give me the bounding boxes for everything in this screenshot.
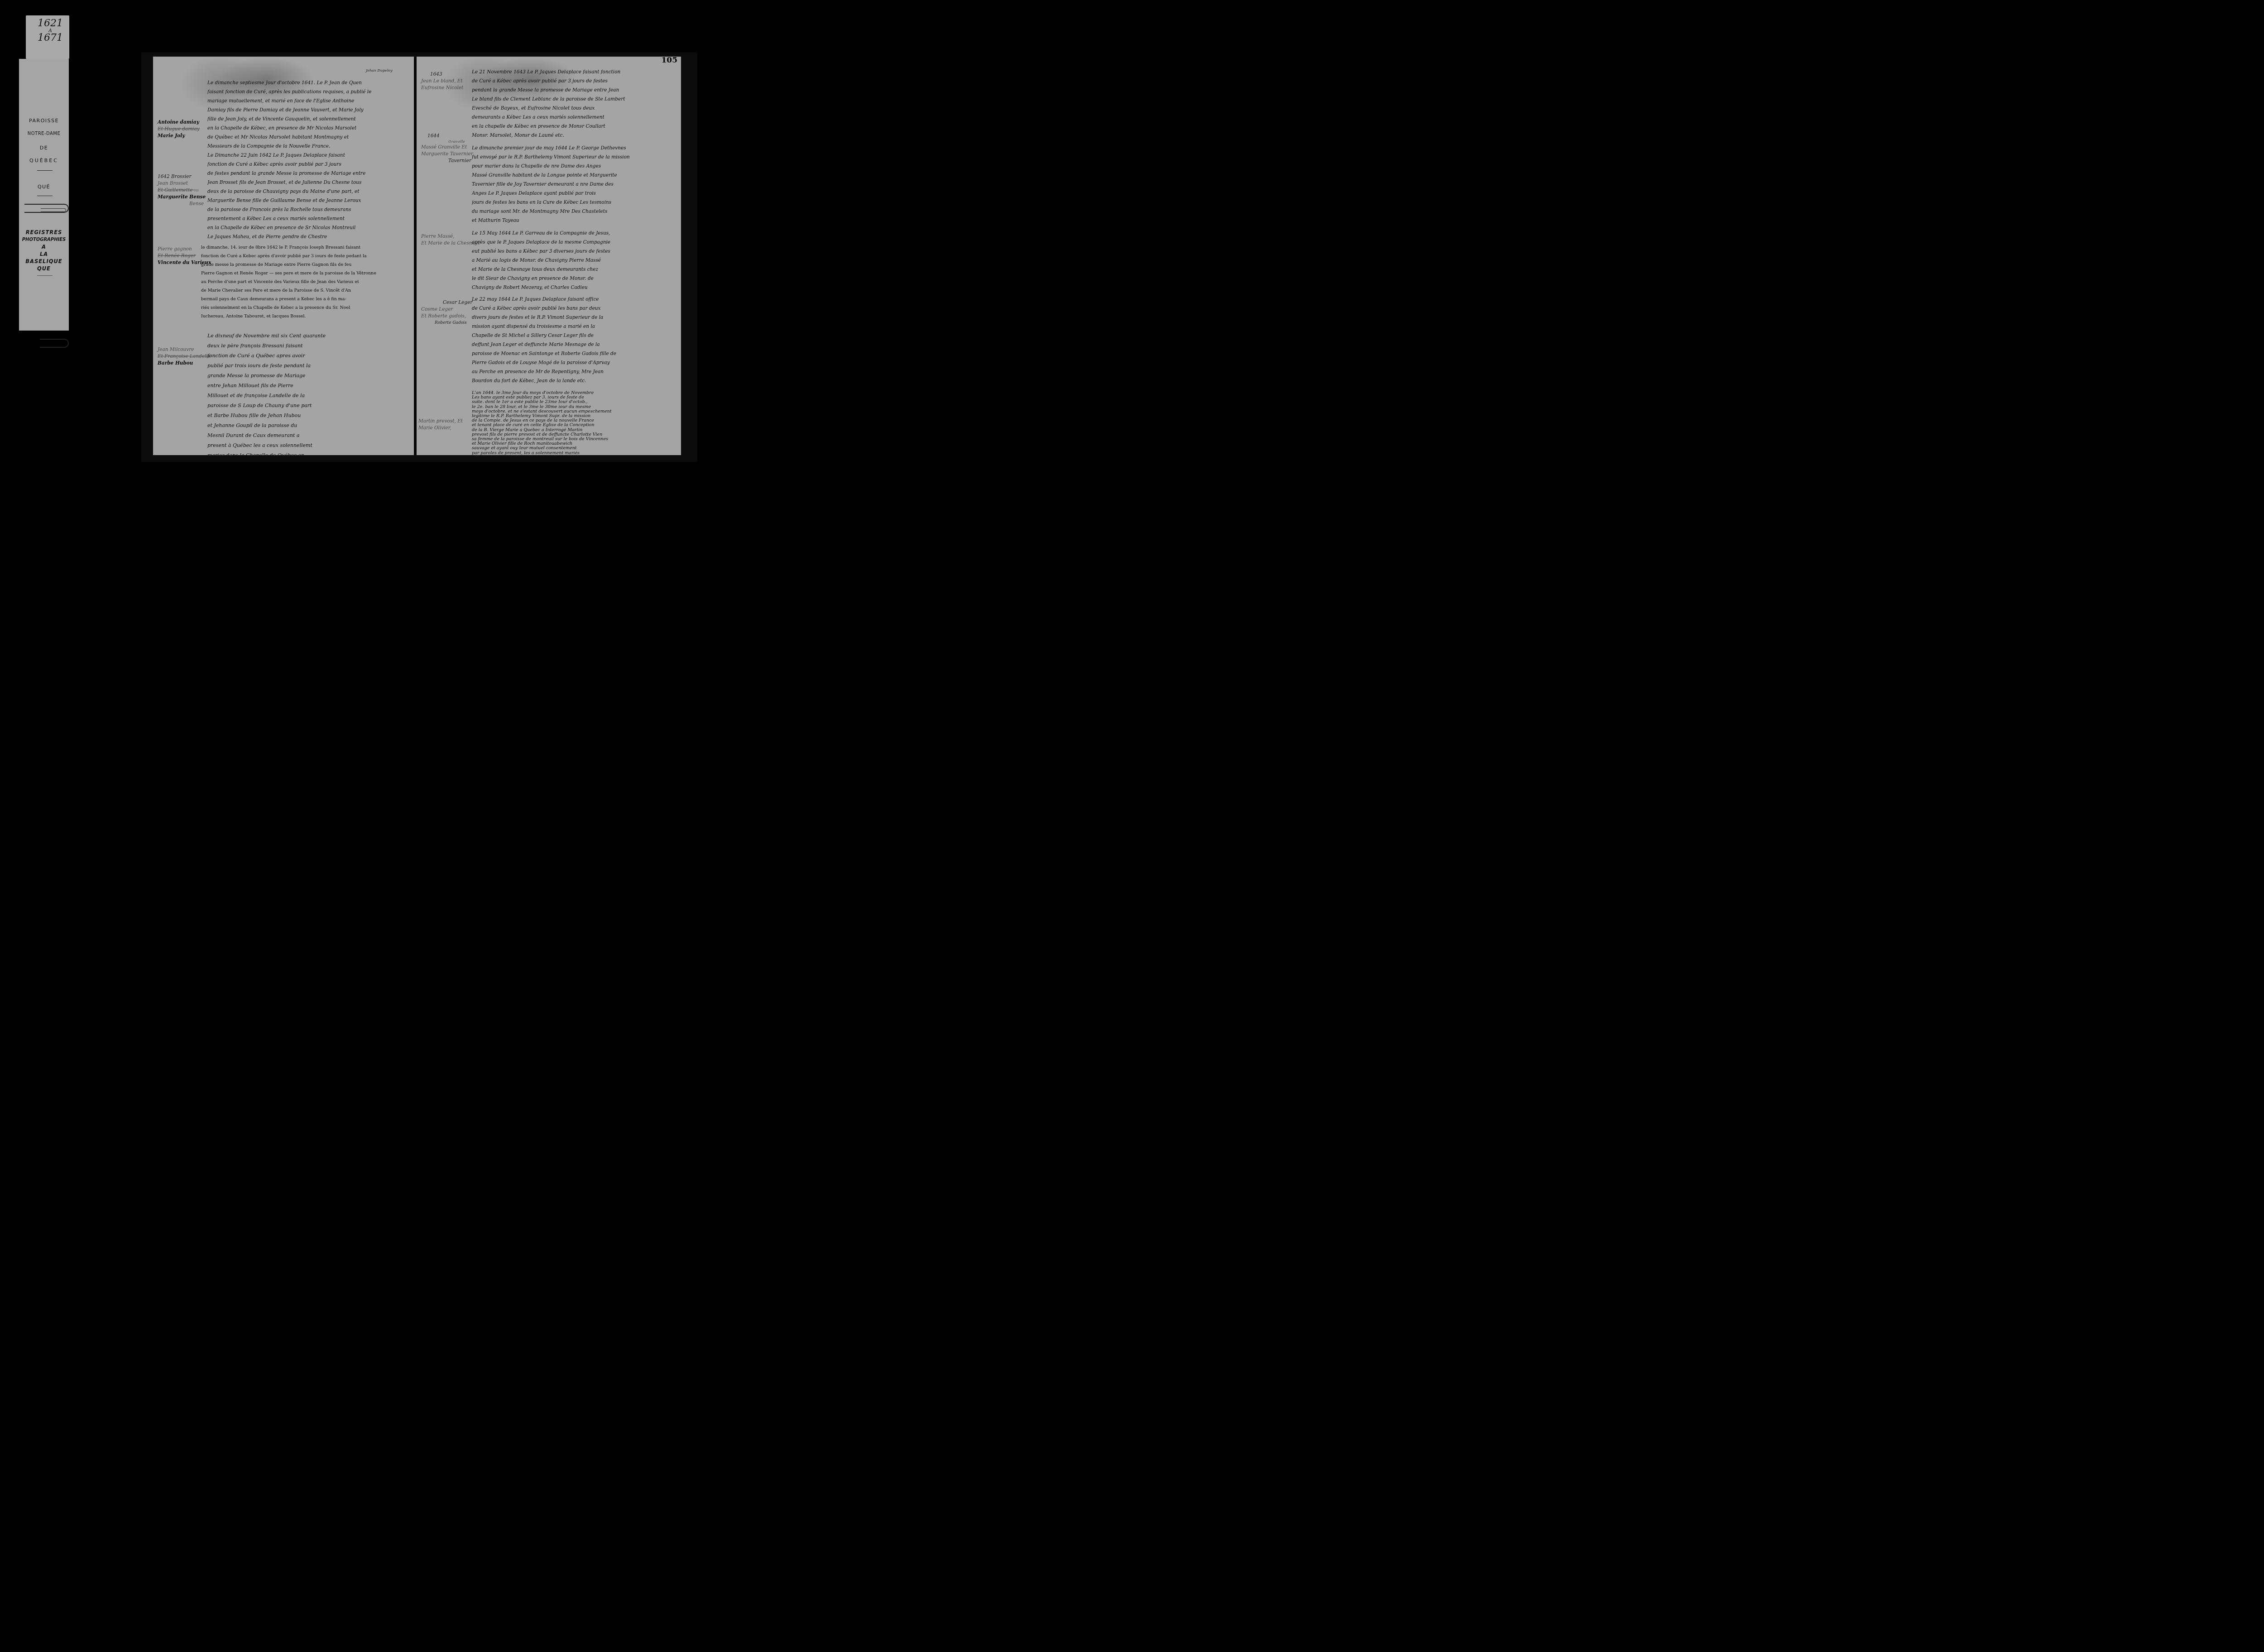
margin-name: Marguerite Tavernier (421, 151, 473, 158)
register-entry: Le 22 may 1644 Le P. Jaques Delaplace fa… (472, 295, 676, 385)
entry-line: publié par trois iours de feste pendant … (207, 361, 407, 371)
entry-line: de festes pendant la grande Messe la pro… (207, 169, 407, 178)
entry-line: moys d'octobre. et ne s'estant descouver… (472, 409, 676, 414)
entry-line: au Perche en presence de Mr de Repentign… (472, 367, 676, 376)
entry-line: divers jours de festes et le R.P. Vimont… (472, 313, 676, 322)
entry-line: fut envoyé par le R.P. Barthelemy Vimont… (472, 153, 676, 162)
entry-line: prevost fils de pierre prevost et de def… (472, 432, 676, 437)
margin-year: 1643 (421, 71, 463, 78)
entry-line: Mesnil Durant de Caux demeurant a (207, 431, 407, 441)
entry-line: grande Messe la promesse de Mariage (207, 371, 407, 381)
entry-line: Millouet et de françoise Landelle de la (207, 391, 407, 401)
entry-line: deux le père françois Bressani faisant (207, 341, 407, 351)
margin-name: Tavernier (421, 158, 473, 164)
entry-line: sa femme de la paroisse de montreuil sur… (472, 437, 676, 442)
top-annotation: Jehan Dupeley (366, 68, 393, 72)
entry-line: Le dimanche premier jour de may 1644 Le … (472, 144, 676, 153)
entry-line: paroisse de S Loup de Chauny d'une part (207, 401, 407, 411)
entry-line: et Marie Olivier fille de Roch manitouab… (472, 442, 676, 446)
entry-line: Le 15 May 1644 Le P. Garreau de la Compa… (472, 229, 676, 238)
entry-line: Messieurs de la Compagnie de la Nouvelle… (207, 142, 407, 151)
register-page-right: 105 1643 Jean Le bland, Et Eufrosine Nic… (417, 57, 681, 455)
divider-icon (37, 275, 53, 276)
entry-line: et Marie de la Chesnaye tous deux demeur… (472, 265, 676, 274)
entry-line: et Barbe Hubou fille de Jehan Hubou (207, 411, 407, 421)
entry-line: pour marier dans la Chapelle de nre Dame… (472, 162, 676, 171)
note-line-5: BASELIQUE (19, 258, 69, 265)
entry-line: Chapelle de St Michel a Sillery Cesar Le… (472, 331, 676, 340)
paperclip-icon (40, 339, 69, 348)
margin-name: Marie Olivier, (418, 425, 463, 432)
entry-line: fonction de Curé a Kebec après d'avoir p… (201, 252, 400, 260)
entry-line: grãde messe la promesse de Mariage entre… (201, 260, 400, 269)
register-entry: Le 21 Novembre 1643 Le P. Jaques Delapla… (472, 67, 676, 140)
entry-line: faisant fonction de Curé, après les publ… (207, 87, 407, 96)
entry-line: Le 21 Novembre 1643 Le P. Jaques Delapla… (472, 67, 676, 77)
entry-line: le dit Sieur de Chavigny en presence de … (472, 274, 676, 283)
register-entry: Le dixneuf de Novembre mil six Cent quar… (207, 331, 407, 455)
margin-year: 1642 Brossier (158, 173, 206, 180)
note-line-2: PHOTOGRAPHIES (19, 236, 69, 243)
archive-label-strip: PAROISSE NOTRE-DAME DE QUÉBEC QUÉ REGIST… (19, 59, 69, 331)
margin-name: Cosme Leger (421, 306, 472, 313)
divider-icon (37, 196, 53, 196)
margin-names: 1642 Brossier Jean Brosset Et Guillemett… (158, 173, 206, 207)
entry-line: entre Jehan Millouet fils de Pierre (207, 381, 407, 391)
province-abbrev: QUÉ (19, 184, 69, 190)
entry-line: mission ayant dispensé du troisiesme a m… (472, 322, 676, 331)
margin-names: Cesar Leger Cosme Leger Et Roberte gadoi… (421, 299, 472, 327)
margin-name: Et Guillemette ... (158, 187, 206, 194)
register-entry: Le dimanche septiesme Jour d'octobre 164… (207, 78, 407, 151)
entry-line: en la chapelle de Kébec en presence de M… (472, 122, 676, 131)
entry-line: Le Dimanche 22 Juin 1642 Le P. Jaques De… (207, 151, 407, 160)
margin-names: Antoine damiay Et Hugue damiay Marie Jol… (158, 119, 200, 139)
entry-line: mariez dans la Chapelle de Québec en (207, 451, 407, 455)
margin-name: Cesar Leger (421, 299, 472, 306)
entry-line: fonction de Curé a Québec apres avoir (207, 351, 407, 361)
margin-year: 1644 (421, 133, 473, 139)
margin-name: Antoine damiay (158, 119, 200, 126)
entry-line: fonction de Curé a Kébec après avoir pub… (207, 160, 407, 169)
margin-name: Jean Le bland, Et (421, 78, 463, 85)
entry-line: Pierre Gadois et de Louyse Mogé de la pa… (472, 358, 676, 367)
entry-line: Les bans ayant esté publiez par 3. iours… (472, 395, 676, 400)
entry-line: en la Chapelle de Kébec en presence de S… (207, 223, 407, 232)
entry-line: Le dimanche septiesme Jour d'octobre 164… (207, 78, 407, 87)
entry-line: Damiay fils de Pierre Damiay et de Jeann… (207, 106, 407, 115)
entry-line: et Mathurin Tayeau (472, 216, 676, 225)
entry-line: jours de festes les bans en la Cure de K… (472, 198, 676, 207)
margin-name: Roberte Gadois (421, 320, 472, 327)
entry-line: Le dixneuf de Novembre mil six Cent quar… (207, 331, 407, 341)
entry-line: au Perche d'une part et Vincente des Var… (201, 278, 400, 286)
margin-name: Marguerite Bense (158, 194, 206, 201)
margin-names: 1644 Granville Massé Granville Et Margue… (421, 133, 473, 164)
entry-line: Anges Le P. Jaques Delaplace ayant publi… (472, 189, 676, 198)
entry-line: Marguerite Bense fille de Guillaume Bens… (207, 196, 407, 205)
margin-name: Jean Brosset (158, 180, 206, 187)
entry-line: de la B. Vierge Marie a Quebec a Interro… (472, 428, 676, 432)
year-range: 1621 A 1671 (32, 18, 68, 43)
margin-name: Et Roberte gadois, (421, 313, 472, 320)
entry-line: Tavernier fille de Joy Tavernier demeura… (472, 180, 676, 189)
entry-line: a Marié au logis de Monsr. de Chavigny P… (472, 256, 676, 265)
entry-line: de Québec et Mr Nicolas Marsolet habitan… (207, 133, 407, 142)
entry-line: Chavigny de Robert Mezeray, et Charles C… (472, 283, 676, 292)
entry-line: Massé Granville habitant de la Longue po… (472, 171, 676, 180)
parish-line-1: PAROISSE (19, 118, 69, 124)
entry-line: deux de la paroisse de Chauvigny pays du… (207, 187, 407, 196)
entry-line: de la Compie. de Jesus en ce pays de la … (472, 418, 676, 423)
entry-line: bermail pays de Caux demeurans a present… (201, 295, 400, 303)
entry-line: de Curé a Kébec après avoir publié par 3… (472, 77, 676, 86)
entry-line: de Curé a Kébec après avoir publié les b… (472, 304, 676, 313)
page-number: 105 (662, 57, 678, 65)
register-entry: Le Dimanche 22 Juin 1642 Le P. Jaques De… (207, 151, 407, 241)
entry-line: paroisse de Moenac en Saintonge et Rober… (472, 349, 676, 358)
entry-line: Iuchereau, Antoine Tabouret, et Iacques … (201, 312, 400, 321)
margin-name: Bense (158, 201, 206, 207)
register-entry: le dimanche, 14. iour de 8bre 1642 le P.… (201, 243, 400, 321)
entry-line: Le Jaques Maheu, et de Pierre gendre de … (207, 232, 407, 241)
entry-line: Evesché de Bayeux, et Eufrosine Nicolet … (472, 104, 676, 113)
entry-line: le 2e. ban le 28 Iour, et le 3me le 30me… (472, 405, 676, 409)
margin-name: Barbe Hubou (158, 360, 211, 367)
margin-names: Jean Milcouvre Et Françoise Landelle Bar… (158, 346, 211, 367)
paperclip-inner-icon (41, 208, 66, 212)
year-to: 1671 (38, 32, 63, 43)
margin-name: Marie Joly (158, 133, 200, 139)
note-line-4: LA (19, 251, 69, 258)
entry-line: sauvage et ayant ouy leur mutuel consent… (472, 446, 676, 451)
parish-line-2: NOTRE-DAME (19, 131, 69, 136)
margin-name: Et Hugue damiay (158, 126, 200, 133)
parish-line-3: DE (19, 145, 69, 151)
entry-line: fille de Jean Joly, et de Vincente Gauqu… (207, 115, 407, 124)
entry-line: Le 22 may 1644 Le P. Jaques Delaplace fa… (472, 295, 676, 304)
register-book-spread: Jehan Dupeley Antoine damiay Et Hugue da… (141, 52, 697, 462)
entry-line: et tenant place de curé en cette Eglise … (472, 423, 676, 427)
entry-line: demeurants a Kébec Les a ceux mariés sol… (472, 113, 676, 122)
entry-line: suite. dont le 1er a esté publié le 23me… (472, 400, 676, 404)
note-line-1: REGISTRES (19, 229, 69, 236)
register-entry: L'an 1644. le 3me Jour du moys d'octobre… (472, 391, 676, 455)
register-page-left: Jehan Dupeley Antoine damiay Et Hugue da… (153, 57, 415, 455)
margin-name: Granville (421, 139, 473, 144)
parish-line-4: QUÉBEC (19, 158, 69, 163)
entry-line: de la paroisse de Francois près la Roche… (207, 205, 407, 214)
register-entry: Le dimanche premier jour de may 1644 Le … (472, 144, 676, 225)
entry-line: pendant la grande Messe la promesse de M… (472, 86, 676, 95)
margin-name: Massé Granville Et (421, 144, 473, 151)
entry-line: mariage mutuellement, et marié en face d… (207, 96, 407, 106)
margin-name: Martin prevost, Et (418, 418, 463, 425)
margin-name: Jean Milcouvre (158, 346, 211, 353)
margin-name: Eufrosine Nicolet (421, 85, 463, 91)
entry-line: riés solennelment en la Chapelle de Kebe… (201, 303, 400, 312)
entry-line: Bourdon du fort de Kébec, Jean de la lan… (472, 376, 676, 385)
note-line-6: QUE (19, 265, 69, 272)
entry-line: en la Chapelle de Kébec, en presence de … (207, 124, 407, 133)
entry-line: et Jehanne Goupil de la paroisse du (207, 421, 407, 431)
margin-names: Martin prevost, Et Marie Olivier, (418, 418, 463, 432)
divider-icon (37, 170, 53, 171)
archive-label-year-card: 1621 A 1671 (26, 15, 69, 59)
entry-line: Le bland fils de Clement Leblanc de la p… (472, 95, 676, 104)
entry-line: legitime le R.P. Barthelemy Vimont Supr.… (472, 414, 676, 418)
margin-names: 1643 Jean Le bland, Et Eufrosine Nicolet (421, 71, 463, 91)
register-entry: Le 15 May 1644 Le P. Garreau de la Compa… (472, 229, 676, 292)
entry-line: par paroles de present, les a solennemen… (472, 451, 676, 455)
entry-line: Pierre Gagnon et Renée Roger — ses pere … (201, 269, 400, 278)
entry-line: present à Québec les a ceux solennellemt (207, 441, 407, 451)
margin-name: Et Françoise Landelle (158, 353, 211, 360)
entry-line: du mariage sont Mr. de Montmagny Mre Des… (472, 207, 676, 216)
note-line-3: A (19, 244, 69, 250)
entry-line: Monsr. Marsolet, Monsr de Launé etc. (472, 131, 676, 140)
entry-line: Jean Brosset fils de Jean Brosset, et de… (207, 178, 407, 187)
entry-line: eut publié les bans a Kébec par 3 divers… (472, 247, 676, 256)
entry-line: après que le P. Jaques Delaplace de la m… (472, 238, 676, 247)
entry-line: de Marie Chevalier ses Pere et mere de l… (201, 286, 400, 295)
entry-line: L'an 1644. le 3me Jour du moys d'octobre… (472, 391, 676, 395)
entry-line: le dimanche, 14. iour de 8bre 1642 le P.… (201, 243, 400, 252)
entry-line: presentement a Kébec Les a ceux mariés s… (207, 214, 407, 223)
entry-line: deffunt Jean Leger et deffuncte Marie Me… (472, 340, 676, 349)
